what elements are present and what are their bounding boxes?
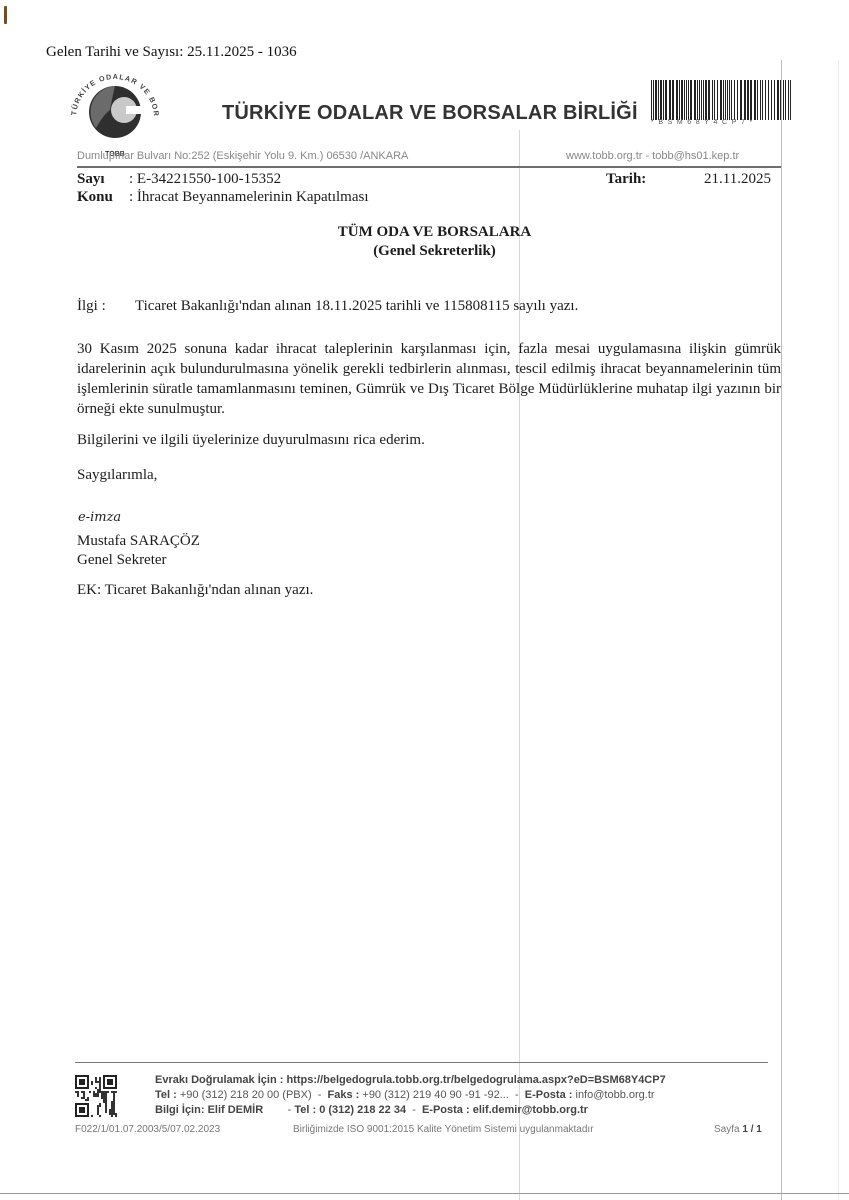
signer-name: Mustafa SARAÇÖZ: [77, 532, 200, 551]
barcode-text: *BSM68Y4CP7*: [651, 119, 793, 126]
header-divider: [77, 166, 781, 168]
signer-block: Mustafa SARAÇÖZ Genel Sekreter: [77, 532, 200, 570]
addressee: TÜM ODA VE BORSALARA: [10, 224, 849, 241]
info-email-link[interactable]: elif.demir@tobb.org.tr: [473, 1104, 588, 1116]
web-contact: www.tobb.org.tr - tobb@hs01.kep.tr: [566, 150, 739, 162]
date-label: Tarih:: [606, 171, 646, 188]
contact-line: Tel : +90 (312) 218 20 00 (PBX) - Faks :…: [155, 1089, 655, 1101]
request-paragraph: Bilgilerini ve ilgili üyelerinize duyuru…: [77, 432, 425, 449]
body-paragraph: 30 Kasım 2025 sonuna kadar ihracat talep…: [77, 339, 781, 419]
scan-edge-line: [0, 1193, 849, 1194]
reference-number: Sayı: E-34221550-100-15352: [77, 171, 281, 188]
organization-title: TÜRKİYE ODALAR VE BORSALAR BİRLİĞİ: [222, 102, 638, 125]
scan-fold-line: [519, 130, 520, 1200]
signer-title: Genel Sekreter: [77, 551, 200, 570]
email-link[interactable]: info@tobb.org.tr: [576, 1089, 655, 1101]
closing: Saygılarımla,: [77, 467, 157, 484]
form-code: F022/1/01.07.2003/5/07.02.2023: [75, 1124, 220, 1135]
info-contact-line: Bilgi İçin: Elif DEMİR - Tel : 0 (312) 2…: [155, 1104, 588, 1116]
qr-code[interactable]: [75, 1075, 117, 1117]
iso-notice: Birliğimizde ISO 9001:2015 Kalite Yöneti…: [293, 1124, 594, 1135]
tobb-logo: TÜRKİYE ODALAR VE BORSALAR BİRLİĞİ TOBB: [60, 62, 170, 160]
addressee-department: (Genel Sekreterlik): [10, 243, 849, 260]
verify-link[interactable]: https://belgedogrula.tobb.org.tr/belgedo…: [286, 1074, 665, 1086]
scan-mark: [4, 6, 7, 24]
page-number: Sayfa 1 / 1: [714, 1124, 762, 1135]
reference-line: İlgi :Ticaret Bakanlığı'ndan alınan 18.1…: [77, 298, 578, 315]
received-stamp: Gelen Tarihi ve Sayısı: 25.11.2025 - 103…: [46, 44, 297, 61]
date-value: 21.11.2025: [704, 171, 771, 188]
e-signature: e-imza: [78, 510, 121, 525]
attachment-note: EK: Ticaret Bakanlığı'ndan alınan yazı.: [77, 582, 313, 599]
subject: Konu: İhracat Beyannamelerinin Kapatılma…: [77, 189, 369, 206]
address: Dumlupınar Bulvarı No:252 (Eskişehir Yol…: [77, 150, 408, 162]
footer-divider: [75, 1062, 768, 1063]
barcode: [651, 80, 791, 120]
verify-line: Evrakı Doğrulamak İçin : https://belgedo…: [155, 1074, 666, 1086]
